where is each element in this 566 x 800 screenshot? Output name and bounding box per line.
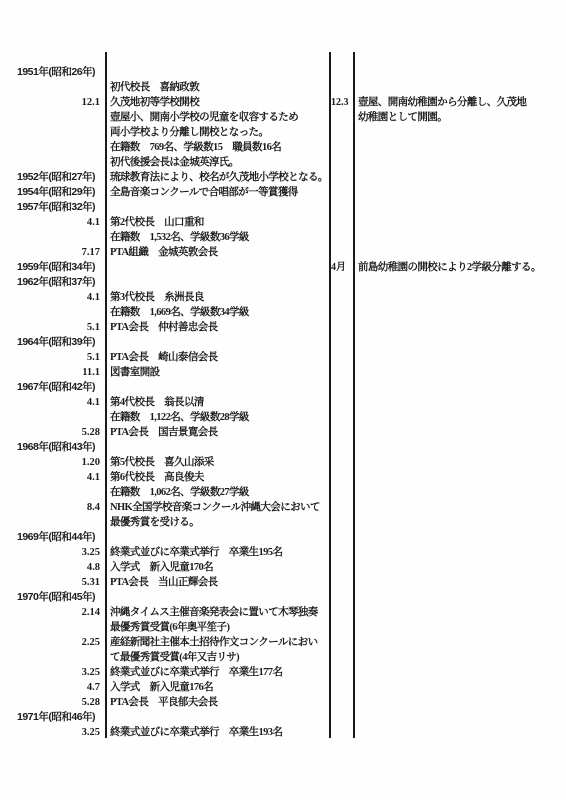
table-row: 5.28PTA会長 平良郁夫会長 [0,695,566,710]
table-row: 1952年(昭和27年)琉球教育法により、校名が久茂地小学校となる。 [0,170,566,185]
date-cell: 2.14 [0,605,100,620]
event-cell: PTA会長 崎山泰信会長 [110,350,328,365]
table-row: 12.1久茂地初等学校開校12.3壺屋、開南幼稚園から分離し、久茂地 [0,95,566,110]
event-cell: PTA会長 国吉景寛会長 [110,425,328,440]
right-event-cell: 幼稚園として開園。 [358,110,564,125]
event-cell: 第4代校長 翁長以清 [110,395,328,410]
event-cell: 琉球教育法により、校名が久茂地小学校となる。 [110,170,328,185]
year-cell: 1969年(昭和44年) [17,530,103,545]
table-row: 在籍数 1,062名、学級数27学級 [0,485,566,500]
event-cell: 在籍数 1,669名、学級数34学級 [110,305,328,320]
table-row: 2.25産経新聞社主催本土招待作文コンクールにおい [0,635,566,650]
table-row: 初代後援会長は金城英淳氏。 [0,155,566,170]
event-cell: PTA会長 当山正輝会長 [110,575,328,590]
year-cell: 1954年(昭和29年) [17,185,103,200]
date-cell: 3.25 [0,725,100,740]
date-cell: 4.8 [0,560,100,575]
table-row: 1969年(昭和44年) [0,530,566,545]
event-cell: NHK全国学校音楽コンクール沖縄大会において [110,500,328,515]
event-cell: 入学式 新入児童170名 [110,560,328,575]
event-cell: 図書室開設 [110,365,328,380]
year-cell: 1952年(昭和27年) [17,170,103,185]
year-cell: 1971年(昭和46年) [17,710,103,725]
table-row: 両小学校より分離し開校となった。 [0,125,566,140]
table-row: 1959年(昭和34年)4月前島幼稚園の開校により2学級分離する。 [0,260,566,275]
date-cell: 3.25 [0,545,100,560]
event-cell: 産経新聞社主催本土招待作文コンクールにおい [110,635,328,650]
event-cell: 入学式 新入児童176名 [110,680,328,695]
event-cell: 終業式並びに卒業式挙行 卒業生193名 [110,725,328,740]
table-row: 1957年(昭和32年) [0,200,566,215]
table-row: 5.1PTA会長 崎山泰信会長 [0,350,566,365]
year-cell: 1967年(昭和42年) [17,380,103,395]
event-cell: 在籍数 1,122名、学級数28学級 [110,410,328,425]
event-cell: PTA組織 金城英敦会長 [110,245,328,260]
table-row: 8.4NHK全国学校音楽コンクール沖縄大会において [0,500,566,515]
table-row: 初代校長 喜納政敦 [0,80,566,95]
event-cell: 第2代校長 山口重和 [110,215,328,230]
event-cell: PTA会長 平良郁夫会長 [110,695,328,710]
year-cell: 1964年(昭和39年) [17,335,103,350]
chronology-table: 1951年(昭和26年)初代校長 喜納政敦12.1久茂地初等学校開校12.3壺屋… [0,65,566,740]
date-cell: 4.1 [0,215,100,230]
year-cell: 1957年(昭和32年) [17,200,103,215]
event-cell: 第6代校長 高良俊夫 [110,470,328,485]
table-row: 2.14沖縄タイムス主催音楽発表会に置いて木琴独奏 [0,605,566,620]
table-row: 5.28PTA会長 国吉景寛会長 [0,425,566,440]
table-row: 在籍数 1,122名、学級数28学級 [0,410,566,425]
table-row: 4.1第2代校長 山口重和 [0,215,566,230]
table-row: 在籍数 1,669名、学級数34学級 [0,305,566,320]
date-cell: 12.1 [0,95,100,110]
table-row: 1971年(昭和46年) [0,710,566,725]
table-row: 3.25終業式並びに卒業式挙行 卒業生177名 [0,665,566,680]
date-cell: 5.1 [0,350,100,365]
table-row: 4.1第4代校長 翁長以清 [0,395,566,410]
table-row: 4.1第3代校長 糸洲長良 [0,290,566,305]
date-cell: 5.28 [0,425,100,440]
date-cell: 7.17 [0,245,100,260]
event-cell: 最優秀賞受賞(6年奥平笙子) [110,620,328,635]
event-cell: 在籍数 769名、学級数15 職員数16名 [110,140,328,155]
event-cell: 終業式並びに卒業式挙行 卒業生195名 [110,545,328,560]
right-date-cell: 12.3 [331,95,352,110]
year-cell: 1968年(昭和43年) [17,440,103,455]
event-cell: 壺屋小、開南小学校の児童を収容するため [110,110,328,125]
year-cell: 1962年(昭和37年) [17,275,103,290]
event-cell: 第3代校長 糸洲長良 [110,290,328,305]
table-row: 在籍数 769名、学級数15 職員数16名 [0,140,566,155]
date-cell: 2.25 [0,635,100,650]
school-history-document-page: 1951年(昭和26年)初代校長 喜納政敦12.1久茂地初等学校開校12.3壺屋… [0,0,566,800]
table-row: 1970年(昭和45年) [0,590,566,605]
table-row: 1967年(昭和42年) [0,380,566,395]
event-cell: 両小学校より分離し開校となった。 [110,125,328,140]
table-row: 壺屋小、開南小学校の児童を収容するため幼稚園として開園。 [0,110,566,125]
table-row: 3.25終業式並びに卒業式挙行 卒業生195名 [0,545,566,560]
table-row: て最優秀賞受賞(4年又吉リサ) [0,650,566,665]
event-cell: 久茂地初等学校開校 [110,95,328,110]
event-cell: 全島音楽コンクールで合唱部が一等賞獲得 [110,185,328,200]
event-cell: て最優秀賞受賞(4年又吉リサ) [110,650,328,665]
event-cell: 初代後援会長は金城英淳氏。 [110,155,328,170]
table-row: 5.1PTA会長 仲村善忠会長 [0,320,566,335]
event-cell: 在籍数 1,532名、学級数36学級 [110,230,328,245]
date-cell: 5.1 [0,320,100,335]
date-cell: 5.28 [0,695,100,710]
event-cell: 沖縄タイムス主催音楽発表会に置いて木琴独奏 [110,605,328,620]
event-cell: 終業式並びに卒業式挙行 卒業生177名 [110,665,328,680]
event-cell: 第5代校長 喜久山添采 [110,455,328,470]
table-row: 1964年(昭和39年) [0,335,566,350]
event-cell: 初代校長 喜納政敦 [110,80,328,95]
table-row: 在籍数 1,532名、学級数36学級 [0,230,566,245]
table-row: 1968年(昭和43年) [0,440,566,455]
event-cell: 在籍数 1,062名、学級数27学級 [110,485,328,500]
table-row: 4.1第6代校長 高良俊夫 [0,470,566,485]
date-cell: 4.1 [0,290,100,305]
table-row: 4.8入学式 新入児童170名 [0,560,566,575]
right-event-cell: 前島幼稚園の開校により2学級分離する。 [358,260,564,275]
table-row: 3.25終業式並びに卒業式挙行 卒業生193名 [0,725,566,740]
table-row: 1951年(昭和26年) [0,65,566,80]
date-cell: 11.1 [0,365,100,380]
year-cell: 1951年(昭和26年) [17,65,103,80]
event-cell: 最優秀賞を受ける。 [110,515,328,530]
table-row: 7.17PTA組織 金城英敦会長 [0,245,566,260]
date-cell: 4.1 [0,395,100,410]
table-row: 11.1図書室開設 [0,365,566,380]
date-cell: 5.31 [0,575,100,590]
right-date-cell: 4月 [331,260,352,275]
table-row: 最優秀賞を受ける。 [0,515,566,530]
date-cell: 4.7 [0,680,100,695]
date-cell: 4.1 [0,470,100,485]
table-row: 最優秀賞受賞(6年奥平笙子) [0,620,566,635]
year-cell: 1959年(昭和34年) [17,260,103,275]
year-cell: 1970年(昭和45年) [17,590,103,605]
date-cell: 3.25 [0,665,100,680]
table-row: 5.31PTA会長 当山正輝会長 [0,575,566,590]
table-row: 1.20第5代校長 喜久山添采 [0,455,566,470]
table-row: 1954年(昭和29年)全島音楽コンクールで合唱部が一等賞獲得 [0,185,566,200]
table-row: 4.7入学式 新入児童176名 [0,680,566,695]
date-cell: 8.4 [0,500,100,515]
date-cell: 1.20 [0,455,100,470]
event-cell: PTA会長 仲村善忠会長 [110,320,328,335]
table-row: 1962年(昭和37年) [0,275,566,290]
right-event-cell: 壺屋、開南幼稚園から分離し、久茂地 [358,95,564,110]
